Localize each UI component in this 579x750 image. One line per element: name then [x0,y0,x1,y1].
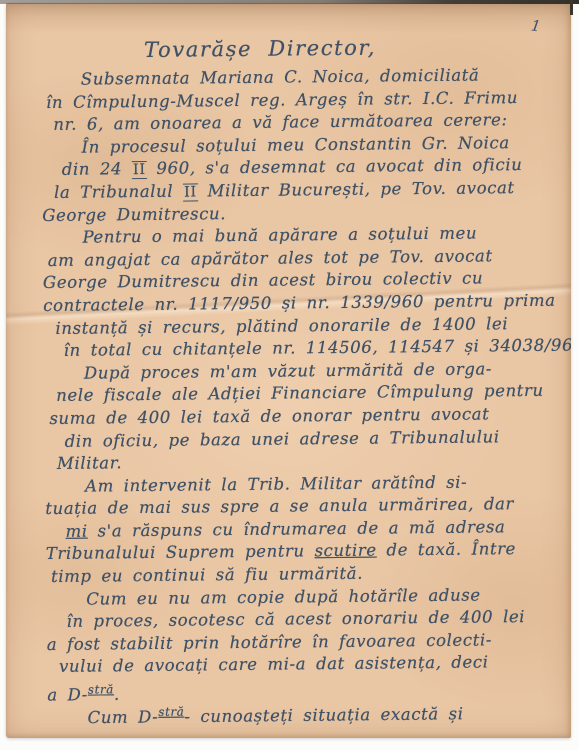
handwriting-line: la Tribunalul II Militar București, pe T… [54,177,563,205]
letter-body: Subsemnata Mariana C. Noica, domiciliată… [19,64,569,725]
scanner-edge-artifact [0,0,579,4]
letter-paper: 1 Tovarășe Director, Subsemnata Mariana … [6,3,571,738]
letter-text-block: Tovarășe Director, Subsemnata Mariana C.… [18,30,568,725]
letter-salutation: Tovarășe Director, [18,30,501,69]
scanned-letter: 1 Tovarășe Director, Subsemnata Mariana … [0,0,579,750]
scanner-corner-artifact [570,0,573,15]
handwriting-line: Cum D-stră- cunoașteți situația exactă ș… [87,696,568,724]
